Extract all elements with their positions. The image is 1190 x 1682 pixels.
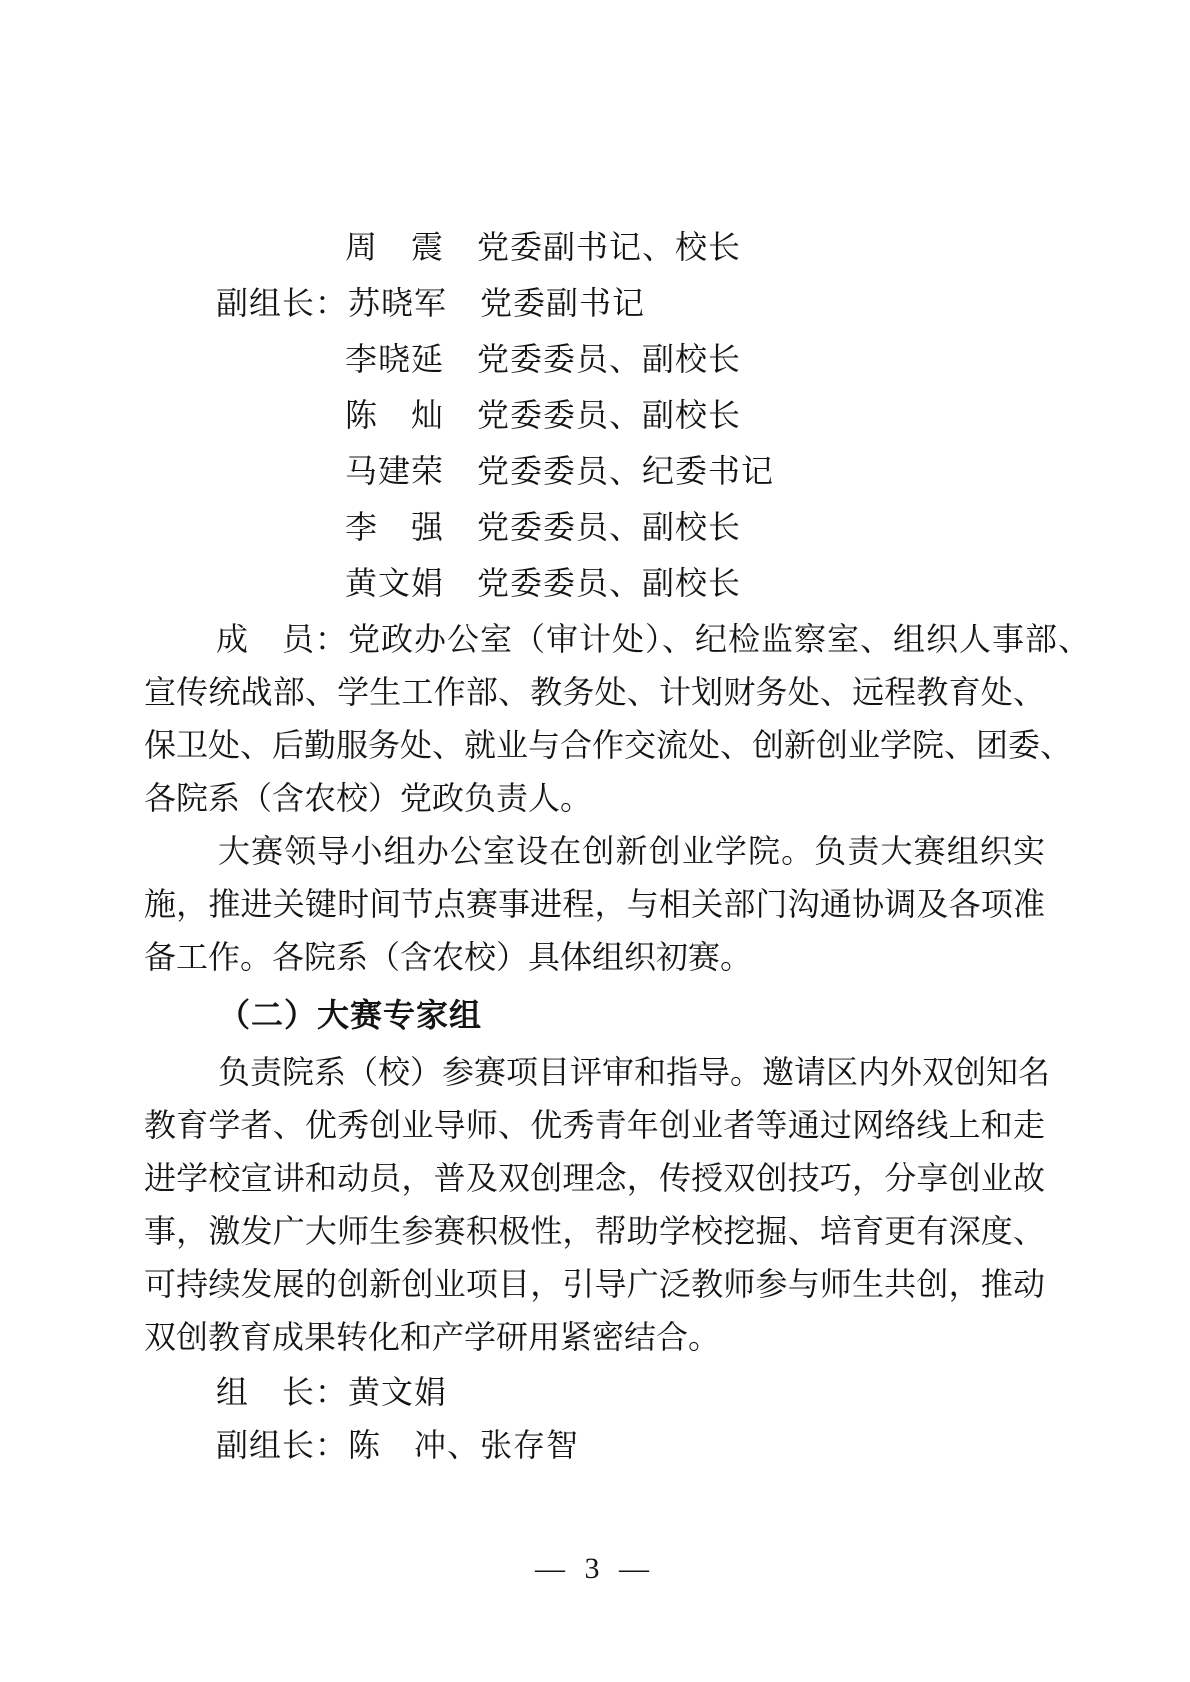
paragraph-line: 可持续发展的创新创业项目，引导广泛教师参与师生共创，推动 <box>144 1258 1045 1311</box>
members-paragraph: 成 员：党政办公室（审计处）、纪检监察室、组织人事部、 宣传统战部、学生工作部、… <box>144 613 1045 825</box>
roster-line: 周 震 党委副书记、校长 <box>144 219 1045 275</box>
expert-group-paragraph: 负责院系（校）参赛项目评审和指导。邀请区内外双创知名 教育学者、优秀创业导师、优… <box>144 1046 1045 1364</box>
roster-line: 副组长：苏晓军 党委副书记 <box>144 275 1045 331</box>
paragraph-line: 保卫处、后勤服务处、就业与合作交流处、创新创业学院、团委、 <box>144 719 1045 772</box>
paragraph-line: 教育学者、优秀创业导师、优秀青年创业者等通过网络线上和走 <box>144 1099 1045 1152</box>
roster-line: 马建荣 党委委员、纪委书记 <box>144 443 1045 499</box>
roster-line: 陈 灿 党委委员、副校长 <box>144 387 1045 443</box>
section-heading-row: （二）大赛专家组 <box>144 989 1045 1042</box>
document-page: 周 震 党委副书记、校长 副组长：苏晓军 党委副书记 李晓延 党委委员、副校长 … <box>0 0 1190 1682</box>
paragraph-line: 事，激发广大师生参赛积极性，帮助学校挖掘、培育更有深度、 <box>144 1205 1045 1258</box>
office-paragraph: 大赛领导小组办公室设在创新创业学院。负责大赛组织实 施，推进关键时间节点赛事进程… <box>144 825 1045 984</box>
roster-line: 李 强 党委委员、副校长 <box>144 499 1045 555</box>
paragraph-line: 成 员：党政办公室（审计处）、纪检监察室、组织人事部、 <box>144 613 1045 666</box>
roster-line: 李晓延 党委委员、副校长 <box>144 331 1045 387</box>
paragraph-line: 各院系（含农校）党政负责人。 <box>144 772 1045 825</box>
expert-roster: 组 长：黄文娟 副组长：陈 冲、张存智 <box>144 1366 1045 1472</box>
paragraph-line: 备工作。各院系（含农校）具体组织初赛。 <box>144 931 1045 984</box>
paragraph-line: 进学校宣讲和动员，普及双创理念，传授双创技巧，分享创业故 <box>144 1152 1045 1205</box>
paragraph-line: 宣传统战部、学生工作部、教务处、计划财务处、远程教育处、 <box>144 666 1045 719</box>
document-body: 周 震 党委副书记、校长 副组长：苏晓军 党委副书记 李晓延 党委委员、副校长 … <box>144 219 1045 1472</box>
paragraph-line: 双创教育成果转化和产学研用紧密结合。 <box>144 1311 1045 1364</box>
paragraph-line: 负责院系（校）参赛项目评审和指导。邀请区内外双创知名 <box>144 1046 1045 1099</box>
leadership-roster: 周 震 党委副书记、校长 副组长：苏晓军 党委副书记 李晓延 党委委员、副校长 … <box>144 219 1045 611</box>
roster-line: 副组长：陈 冲、张存智 <box>144 1419 1045 1472</box>
paragraph-line: 施，推进关键时间节点赛事进程，与相关部门沟通协调及各项准 <box>144 878 1045 931</box>
paragraph-line: 大赛领导小组办公室设在创新创业学院。负责大赛组织实 <box>144 825 1045 878</box>
roster-line: 组 长：黄文娟 <box>144 1366 1045 1419</box>
section-heading: （二）大赛专家组 <box>144 989 1045 1042</box>
page-footer: — 3 — <box>0 1552 1190 1586</box>
roster-line: 黄文娟 党委委员、副校长 <box>144 555 1045 611</box>
page-number: — 3 — <box>535 1552 655 1585</box>
